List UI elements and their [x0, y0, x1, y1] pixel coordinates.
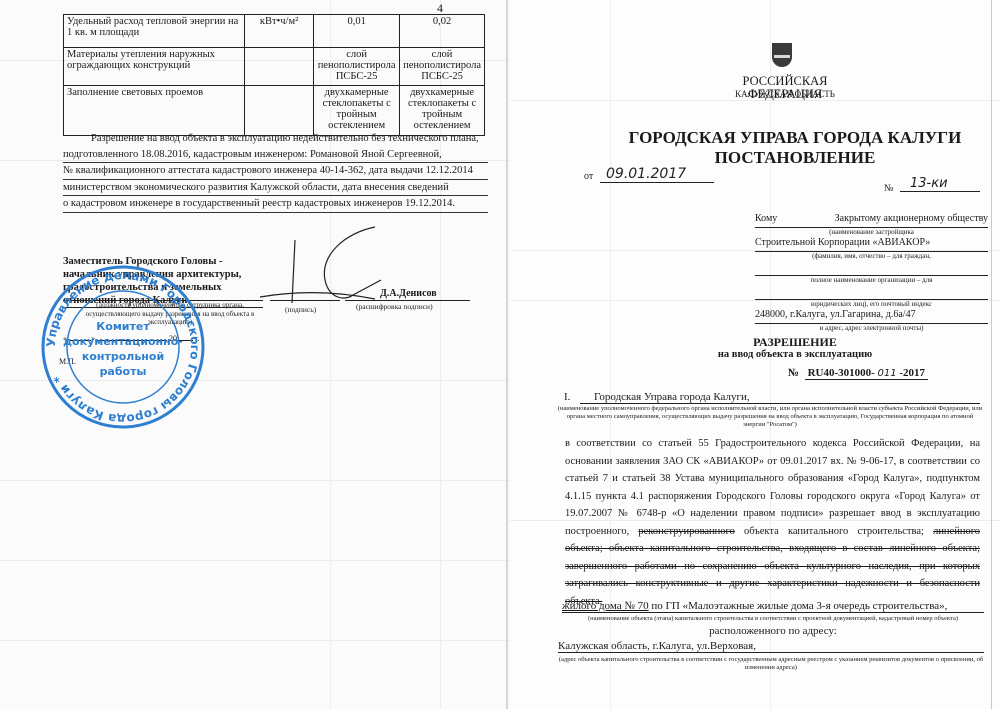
handwritten-signature: [255, 225, 385, 310]
recipient-blank-line: [755, 261, 988, 276]
note-line: министерством экономического развития Ка…: [63, 180, 488, 197]
recipient-caption: юридических лиц), его почтовый индекс: [755, 300, 988, 309]
document-heading: ГОРОДСКАЯ УПРАВА ГОРОДА КАЛУГИ ПОСТАНОВЛ…: [615, 128, 975, 168]
official-stamp: Управление делами Городского Головы горо…: [38, 262, 208, 432]
page-edge: [991, 0, 992, 709]
technical-plan-note: Разрешение на ввод объекта в эксплуатаци…: [63, 131, 488, 213]
row-design: двухкамерные стеклопакеты с тройным осте…: [314, 86, 400, 136]
right-page: РОССИЙСКАЯ ФЕДЕРАЦИЯ КАЛУЖСКАЯ ОБЛАСТЬ Г…: [510, 0, 1000, 709]
address-caption: (адрес объекта капитального строительств…: [558, 656, 984, 672]
row-design: 0,01: [314, 15, 400, 48]
issuing-authority-caption: (наименование уполномоченного федерально…: [555, 405, 985, 429]
body-intro: в соответствии со статьей 55 Градостроит…: [565, 438, 980, 537]
name-caption: (расшифровка подписи): [356, 302, 433, 311]
recipient-address: 248000, г.Калуга, ул.Гагарина, д.6а/47: [755, 309, 916, 320]
recipient-line-1: Закрытому акционерному обществу: [755, 213, 988, 228]
recipient-caption: (фамилия, имя, отчество – для граждан,: [755, 252, 988, 261]
recipient-label: Кому: [755, 213, 777, 224]
signer-name: Д.А.Денисов: [380, 288, 437, 299]
issuing-authority: Городская Управа города Калуги,: [580, 391, 980, 404]
svg-text:документационно-: документационно-: [63, 335, 183, 348]
object-name-rest: по ГП «Малоэтажные жилые дома 3-я очеред…: [649, 600, 948, 612]
row-actual: слой пенополистирола ПСБС-25: [400, 48, 485, 86]
row-name: Удельный расход тепловой энергии на 1 кв…: [64, 15, 245, 48]
number-label: №: [884, 183, 894, 194]
struck-text: линейного объекта; объекта капитального …: [565, 526, 980, 607]
row-unit: [245, 86, 314, 136]
table-row: Удельный расход тепловой энергии на 1 кв…: [64, 15, 485, 48]
note-line: Разрешение на ввод объекта в эксплуатаци…: [63, 131, 488, 147]
region-name: КАЛУЖСКАЯ ОБЛАСТЬ: [710, 89, 860, 99]
located-label: расположенного по адресу:: [562, 625, 984, 637]
section-number: I.: [564, 391, 570, 403]
coat-of-arms-icon: [772, 43, 792, 67]
recipient-name-2: Строительной Корпорации «АВИАКОР»: [755, 237, 930, 248]
permit-number-suffix: -2017: [899, 367, 925, 379]
body-mid: объекта капитального строительства;: [735, 526, 933, 537]
authority-title: ГОРОДСКАЯ УПРАВА ГОРОДА КАЛУГИ: [629, 128, 962, 147]
object-name-underlined: жилого дома № 70: [562, 600, 649, 612]
object-address: Калужская область, г.Калуга, ул.Верховая…: [558, 640, 984, 653]
date-label: от: [584, 171, 593, 182]
permit-number: № RU40-301000- 011 -2017: [788, 367, 928, 379]
recipient-line-2: Строительной Корпорации «АВИАКОР»: [755, 237, 988, 252]
row-design: слой пенополистирола ПСБС-25: [314, 48, 400, 86]
permit-body: в соответствии со статьей 55 Градостроит…: [565, 435, 980, 610]
resolution-date: 09.01.2017: [600, 166, 714, 183]
recipient-address-line: 248000, г.Калуга, ул.Гагарина, д.6а/47: [755, 309, 988, 324]
recipient-block: Закрытому акционерному обществу (наимено…: [755, 213, 988, 333]
struck-text: реконструированного: [638, 526, 734, 537]
name-underline: [345, 300, 470, 301]
recipient-caption: и адрес, адрес электронной почты): [755, 324, 988, 333]
table-row: Заполнение световых проемов двухкамерные…: [64, 86, 485, 136]
signature-caption: (подпись): [285, 305, 316, 314]
object-name: жилого дома № 70 по ГП «Малоэтажные жилы…: [562, 600, 984, 613]
svg-text:Комитет: Комитет: [96, 320, 150, 333]
permit-number-prefix: RU40-301000-: [808, 367, 875, 379]
recipient-name-1: Закрытому акционерному обществу: [835, 213, 988, 224]
recipient-caption: полное наименование организации – для: [755, 276, 988, 285]
row-actual: 0,02: [400, 15, 485, 48]
note-line: № квалификационного аттестата кадастрово…: [63, 163, 488, 180]
svg-text:контрольной: контрольной: [82, 350, 164, 363]
note-line: подготовленного 18.08.2016, кадастровым …: [63, 147, 488, 164]
table-row: Материалы утепления наружных ограждающих…: [64, 48, 485, 86]
note-line: о кадастровом инженере в государственный…: [63, 196, 488, 213]
signature-underline: [270, 300, 340, 301]
recipient-caption: (наименование застройщика: [755, 228, 988, 237]
left-page: 4 Удельный расход тепловой энергии на 1 …: [0, 0, 510, 709]
page-fold: [506, 0, 508, 709]
doc-type: ПОСТАНОВЛЕНИЕ: [715, 148, 876, 167]
permit-number-handwritten: 011: [878, 368, 897, 379]
resolution-number: 13-ки: [900, 176, 980, 192]
permit-subtitle: на ввод объекта в эксплуатацию: [660, 349, 930, 360]
row-name: Заполнение световых проемов: [64, 86, 245, 136]
row-name: Материалы утепления наружных ограждающих…: [64, 48, 245, 86]
row-unit: кВт•ч/м²: [245, 15, 314, 48]
row-actual: двухкамерные стеклопакеты с тройным осте…: [400, 86, 485, 136]
recipient-blank-line: [755, 285, 988, 300]
permit-title: РАЗРЕШЕНИЕ: [710, 335, 880, 350]
object-caption: (наименование объекта (этапа) капитально…: [562, 615, 984, 622]
permit-number-label: №: [788, 367, 799, 379]
spec-table: Удельный расход тепловой энергии на 1 кв…: [63, 14, 485, 136]
svg-text:работы: работы: [100, 365, 147, 378]
row-unit: [245, 48, 314, 86]
